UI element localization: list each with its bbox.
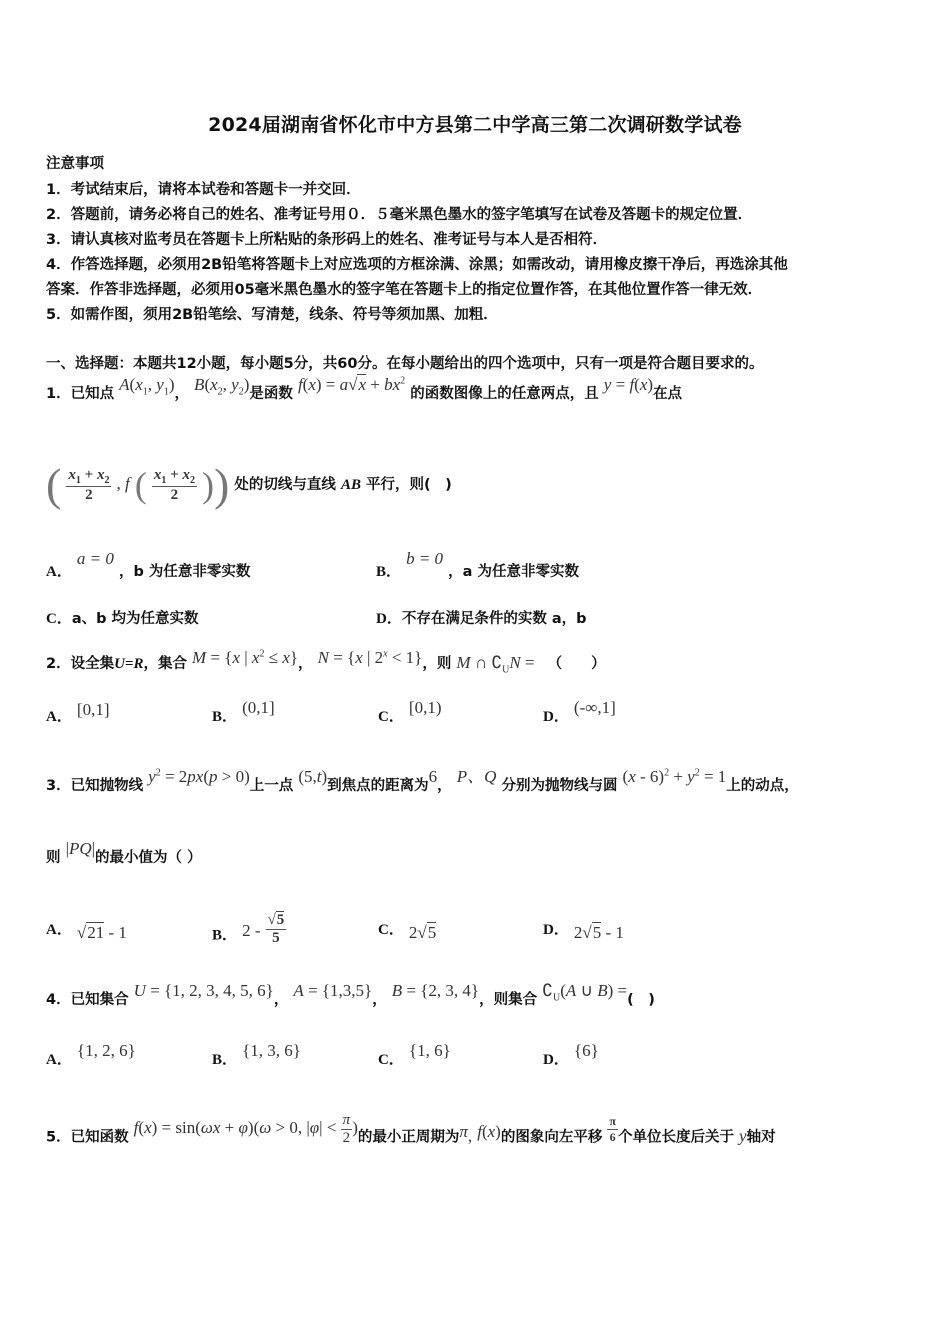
option-label: A．: [46, 709, 72, 725]
q2-option-b[interactable]: B． (0,1]: [212, 705, 275, 726]
set-a: A = {1,3,5}: [293, 981, 372, 1000]
q4-option-a[interactable]: A． {1, 2, 6}: [46, 1048, 136, 1069]
question-3: 3．已知抛物线 y2 = 2px(p > 0)上一点 (5,t)到焦点的距离为6…: [46, 770, 799, 795]
option-label: A．: [46, 564, 72, 580]
option-label: C．: [378, 922, 404, 938]
q-text: 在点: [653, 386, 682, 402]
question-2: 2．设全集U=R，集合 M = {x | x2 ≤ x}， N = {x | 2…: [46, 652, 606, 675]
q-text: 的最小值为（ ）: [95, 850, 202, 866]
q1-option-d[interactable]: D．不存在满足条件的实数 a，b: [376, 607, 587, 628]
question-5: 5．已知函数 f(x) = sin(ωx + φ)(ω > 0, |φ| < π…: [46, 1120, 776, 1155]
option-math: a = 0: [77, 549, 114, 568]
option-math: 2√5: [409, 923, 436, 942]
option-label: B．: [376, 564, 401, 580]
point-a: A(x1, y1): [119, 375, 174, 394]
q-text: ，: [274, 992, 289, 1008]
q-text: 到焦点的距离为: [327, 778, 429, 794]
q1-option-b[interactable]: B． b = 0 ，a 为任意非零实数: [376, 560, 579, 581]
y-eq-fx: y = f(x): [604, 375, 653, 394]
option-label: B．: [212, 928, 237, 944]
function-formula: f(x) = a√x + bx2: [298, 375, 405, 394]
q4-option-b[interactable]: B． {1, 3, 6}: [212, 1048, 301, 1069]
fraction-midpoint: x1 + x22: [66, 467, 111, 504]
set-expression: M ∩ ∁UN =: [456, 653, 534, 672]
option-math: [0,1): [409, 698, 442, 717]
option-math: (0,1]: [242, 698, 275, 717]
q-text: ，则: [422, 656, 451, 672]
distance-value: 6: [429, 767, 438, 786]
q2-option-d[interactable]: D． (-∞,1]: [543, 705, 616, 726]
point-5t: (5,t): [298, 767, 327, 786]
option-label: D．: [543, 709, 569, 725]
point-b: B(x2, y2): [194, 375, 249, 394]
q3-option-d[interactable]: D． 2√5 - 1: [543, 918, 624, 939]
question-number: 5．: [46, 1129, 71, 1145]
period-pi: π: [459, 1122, 468, 1141]
option-label: C．: [378, 1052, 404, 1068]
notice-item-4: 4．作答选择题，必须用2B铅笔将答题卡上对应选项的方框涂满、涂黑；如需改动，请用…: [46, 253, 788, 274]
q-text: ，: [372, 992, 387, 1008]
notice-item-2: 2．答题前，请务必将自己的姓名、准考证号用０．５毫米黑色墨水的签字笔填写在试卷及…: [46, 203, 752, 224]
q-text: ，: [298, 656, 313, 672]
q4-option-d[interactable]: D． {6}: [543, 1048, 599, 1069]
q-text: 轴对: [747, 1129, 776, 1145]
sine-function: f(x) = sin(ωx + φ)(ω > 0, |φ| < π2): [134, 1118, 358, 1137]
option-math: 2 -: [242, 921, 260, 940]
option-text: ，a 为任意非零实数: [448, 564, 579, 580]
q1-option-a[interactable]: A． a = 0 ，b 为任意非零实数: [46, 560, 250, 581]
distance-pq: |PQ|: [66, 839, 95, 858]
q-text: 的函数图像上的任意两点，且: [410, 386, 599, 402]
q1-option-c[interactable]: C．a、b 均为任意实数: [46, 607, 199, 628]
complement-expression: ∁U(A ∪ B) =: [542, 981, 627, 1000]
notice-heading: 注意事项: [46, 152, 104, 173]
fraction-pi-over-6: π6: [607, 1114, 618, 1145]
option-label: B．: [212, 709, 237, 725]
set-m: M = {x | x2 ≤ x}: [192, 648, 298, 667]
q-text: 个单位长度后关于: [618, 1129, 734, 1145]
question-number: 4．: [46, 992, 71, 1008]
question-1-line2: ( x1 + x22 , f ( x1 + x22 )) 处的切线与直线 AB …: [46, 462, 452, 508]
question-number: 3．: [46, 778, 71, 794]
answer-blank: （ ）: [548, 656, 606, 672]
notice-item-3: 3．请认真核对监考员在答题卡上所粘贴的条形码上的姓名、准考证号与本人是否相符．: [46, 228, 607, 249]
q-text: 分别为抛物线与圆: [501, 778, 617, 794]
q-text: 设全集: [71, 656, 115, 672]
option-text: ，b 为任意非零实数: [119, 564, 250, 580]
comma: ,: [468, 1126, 472, 1145]
set-n: N = {x | 2x < 1}: [318, 648, 423, 667]
option-math: (-∞,1]: [574, 698, 616, 717]
q-text: 的最小正周期为: [358, 1129, 460, 1145]
notice-item-1: 1．考试结束后，请将本试卷和答题卡一并交回．: [46, 178, 361, 199]
fraction-sqrt5-over-5: √55: [266, 912, 287, 947]
option-math: {1, 2, 6}: [77, 1041, 136, 1060]
q2-option-a[interactable]: A． [0,1]: [46, 705, 109, 726]
question-1: 1．已知点 A(x1, y1)， B(x2, y2)是函数 f(x) = a√x…: [46, 382, 682, 405]
option-label: C．: [46, 611, 72, 627]
option-math: b = 0: [406, 549, 443, 568]
option-label: B．: [212, 1052, 237, 1068]
q-text: ，: [437, 778, 452, 794]
q3-option-b[interactable]: B． 2 - √55: [212, 918, 286, 953]
q-text: 是函数: [249, 386, 293, 402]
question-number: 1．: [46, 386, 71, 402]
page-title: 2024届湖南省怀化市中方县第二中学高三第二次调研数学试卷: [0, 110, 950, 137]
notice-item-5: 5．如需作图，须用2B铅笔绘、写清楚，线条、符号等须加黑、加粗．: [46, 303, 498, 324]
q-text: 处的切线与直线: [234, 477, 336, 493]
option-math: 2√5 - 1: [574, 923, 624, 942]
fx: f(x): [477, 1122, 501, 1141]
option-text: 不存在满足条件的实数 a，b: [402, 611, 587, 627]
line-ab: AB: [341, 477, 361, 493]
q-text: 平行，则( ): [366, 477, 452, 493]
points-pq: P、Q: [457, 767, 497, 786]
option-label: D．: [543, 922, 569, 938]
option-label: D．: [376, 611, 402, 627]
q-text: ，集合: [143, 656, 187, 672]
option-math: {6}: [574, 1041, 599, 1060]
q2-option-c[interactable]: C． [0,1): [378, 705, 441, 726]
option-label: D．: [543, 1052, 569, 1068]
option-label: A．: [46, 922, 72, 938]
set-b: B = {2, 3, 4}: [392, 981, 479, 1000]
q-text: ，: [174, 386, 189, 402]
option-math: [0,1]: [77, 700, 110, 719]
question-number: 2．: [46, 656, 71, 672]
option-math: {1, 3, 6}: [242, 1041, 301, 1060]
q-text: 上一点: [250, 778, 294, 794]
q-text: 的图象向左平移: [501, 1129, 603, 1145]
set-u: U = {1, 2, 3, 4, 5, 6}: [134, 981, 274, 1000]
q-text: 已知抛物线: [71, 778, 144, 794]
section-heading: 一、选择题：本题共12小题，每小题5分，共60分。在每小题给出的四个选项中，只有…: [46, 352, 763, 373]
y-axis: y: [739, 1126, 747, 1145]
q-text: 已知函数: [71, 1129, 129, 1145]
q-text: 上的动点，: [726, 778, 799, 794]
option-math: √21 - 1: [77, 923, 127, 942]
parabola-equation: y2 = 2px(p > 0): [148, 767, 250, 786]
question-3-line2: 则 |PQ|的最小值为（ ）: [46, 846, 202, 867]
circle-equation: (x - 6)2 + y2 = 1: [623, 767, 727, 786]
q-text: ，则集合: [479, 992, 537, 1008]
universal-set: U=R: [114, 656, 143, 672]
q-text: 已知集合: [71, 992, 129, 1008]
q3-option-c[interactable]: C． 2√5: [378, 918, 436, 939]
option-label: A．: [46, 1052, 72, 1068]
option-math: {1, 6}: [409, 1041, 451, 1060]
q-text: 则: [46, 850, 61, 866]
question-4: 4．已知集合 U = {1, 2, 3, 4, 5, 6}， A = {1,3,…: [46, 988, 655, 1011]
answer-blank: ( ): [627, 992, 655, 1008]
notice-item-4-cont: 答案．作答非选择题，必须用05毫米黑色墨水的签字笔在答题卡上的指定位置作答，在其…: [46, 278, 762, 299]
q3-option-a[interactable]: A． √21 - 1: [46, 918, 127, 939]
fraction-midpoint: x1 + x22: [152, 467, 197, 504]
option-label: C．: [378, 709, 404, 725]
q-text: 已知点: [71, 386, 115, 402]
option-text: a、b 均为任意实数: [72, 611, 199, 627]
q4-option-c[interactable]: C． {1, 6}: [378, 1048, 451, 1069]
